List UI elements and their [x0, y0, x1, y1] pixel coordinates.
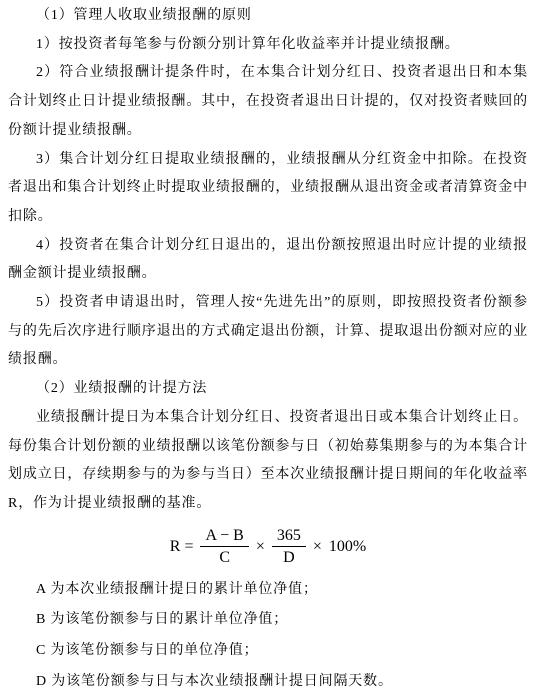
- formula-percent-suffix: 100%: [329, 538, 366, 556]
- section-2-heading: （2）业绩报酬的计提方法: [8, 375, 528, 404]
- formula-lhs: R =: [170, 538, 194, 556]
- principle-item-4: 4）投资者在集合计划分红日退出的，退出份额按照退出时应计提的业绩报酬金额计提业绩…: [8, 232, 528, 289]
- formula-fraction-1: A − B C: [200, 526, 248, 567]
- formula-fraction-2-denominator: D: [278, 547, 300, 567]
- section-1-heading: （1）管理人收取业绩报酬的原则: [8, 2, 528, 31]
- formula-fraction-2-numerator: 365: [272, 526, 306, 547]
- principle-item-3: 3）集合计划分红日提取业绩报酬的，业绩报酬从分红资金中扣除。在投资者退出和集合计…: [8, 146, 528, 232]
- method-paragraph: 业绩报酬计提日为本集合计划分红日、投资者退出日或本集合计划终止日。每份集合计划份…: [8, 404, 528, 519]
- principle-item-2: 2）符合业绩报酬计提条件时，在本集合计划分红日、投资者退出日和本集合计划终止日计…: [8, 59, 528, 145]
- definition-variable-d: D 为该笔份额参与日与本次业绩报酬计提日间隔天数。: [8, 667, 528, 698]
- document-page: （1）管理人收取业绩报酬的原则 1）按投资者每笔参与份额分别计算年化收益率并计提…: [0, 0, 536, 700]
- formula-fraction-1-numerator: A − B: [200, 526, 248, 547]
- formula-fraction-1-denominator: C: [214, 547, 235, 567]
- definition-variable-b: B 为该笔份额参与日的累计单位净值；: [8, 605, 528, 636]
- annualized-return-formula: R = A − B C × 365 D × 100%: [8, 522, 528, 572]
- principle-item-1: 1）按投资者每笔参与份额分别计算年化收益率并计提业绩报酬。: [8, 31, 528, 60]
- definition-variable-a: A 为本次业绩报酬计提日的累计单位净值；: [8, 575, 528, 606]
- definition-variable-c: C 为该笔份额参与日的单位净值；: [8, 636, 528, 667]
- formula-multiply-sign-2: ×: [313, 538, 322, 556]
- formula-multiply-sign-1: ×: [256, 538, 265, 556]
- principle-item-5: 5）投资者申请退出时，管理人按“先进先出”的原则，即按照投资者份额参与的先后次序…: [8, 289, 528, 375]
- formula-fraction-2: 365 D: [272, 526, 306, 567]
